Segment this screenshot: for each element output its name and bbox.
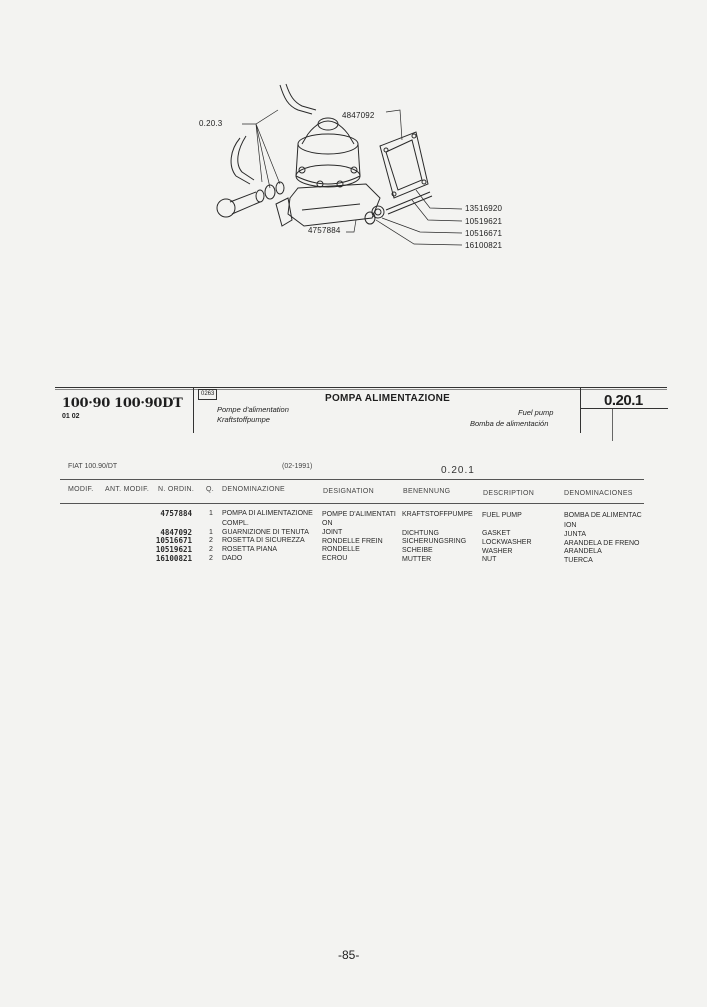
callout-part-number: 4847092 [342, 111, 375, 120]
description-fr: ECROU [322, 554, 347, 563]
table-row: 47578841POMPA DI ALIMENTAZIONEPOMPE D'AL… [0, 509, 707, 518]
section-number: 0.20.1 [604, 392, 643, 409]
model-sub-code: 01 02 [62, 413, 80, 420]
callout-part-number: 16100821 [465, 241, 502, 250]
column-header-description: DESCRIPTION [483, 490, 534, 497]
column-header-denominazione: DENOMINAZIONE [222, 486, 285, 493]
header-top-rule [55, 387, 667, 388]
header-divider [580, 388, 581, 433]
column-header-qty: Q. [206, 486, 214, 493]
title-translation-en: Fuel pump [518, 408, 553, 417]
header-divider [193, 388, 194, 433]
title-translation-es: Bomba de alimentación [470, 419, 548, 428]
callout-reference-label: 0.20.3 [199, 119, 222, 128]
group-code-box: 0263 [198, 389, 217, 400]
model-designation: 100·90 100·90DT [62, 396, 182, 411]
column-header-part-number: N. ORDIN. [158, 486, 194, 493]
column-header-denominaciones: DENOMINACIONES [564, 490, 633, 497]
column-header-ant-modif: ANT. MODIF. [105, 486, 149, 493]
column-header-benennung: BENENNUNG [403, 488, 450, 495]
description-en: NUT [482, 555, 496, 564]
table-header-rule-top [60, 479, 644, 480]
callout-part-number: 4757884 [308, 226, 341, 235]
callout-part-number: 10519621 [465, 217, 502, 226]
part-number: 16100821 [150, 554, 192, 563]
table-header-rule-bottom [60, 503, 644, 504]
quantity: 2 [209, 554, 213, 563]
page-number: -85- [338, 948, 359, 962]
callout-part-number: 10516671 [465, 229, 502, 238]
callout-part-number: 13516920 [465, 204, 502, 213]
description-it: POMPA DI ALIMENTAZIONE [222, 509, 313, 518]
group-label-fr: Pompe d'alimentation [217, 405, 289, 414]
description-it: COMPL. [222, 519, 249, 528]
table-date: (02-1991) [282, 463, 312, 470]
description-de: MUTTER [402, 555, 431, 564]
description-es: TUERCA [564, 556, 593, 565]
column-header-designation: DESIGNATION [323, 488, 374, 495]
group-label-de: Kraftstoffpumpe [217, 415, 270, 424]
table-section: 0.20.1 [441, 465, 475, 476]
table-row: COMPL.ONION [0, 519, 707, 528]
page-title: POMPA ALIMENTAZIONE [325, 393, 450, 404]
part-number: 4757884 [150, 509, 192, 518]
description-it: DADO [222, 554, 242, 563]
table-model: FIAT 100.90/DT [68, 463, 117, 470]
section-box-tick [612, 409, 613, 441]
table-row: 161008212DADOECROUMUTTERNUTTUERCA [0, 554, 707, 563]
header-top-rule-secondary [55, 389, 667, 390]
column-header-modif: MODIF. [68, 486, 94, 493]
description-fr: POMPE D'ALIMENTATI [322, 510, 396, 519]
quantity: 1 [209, 509, 213, 518]
